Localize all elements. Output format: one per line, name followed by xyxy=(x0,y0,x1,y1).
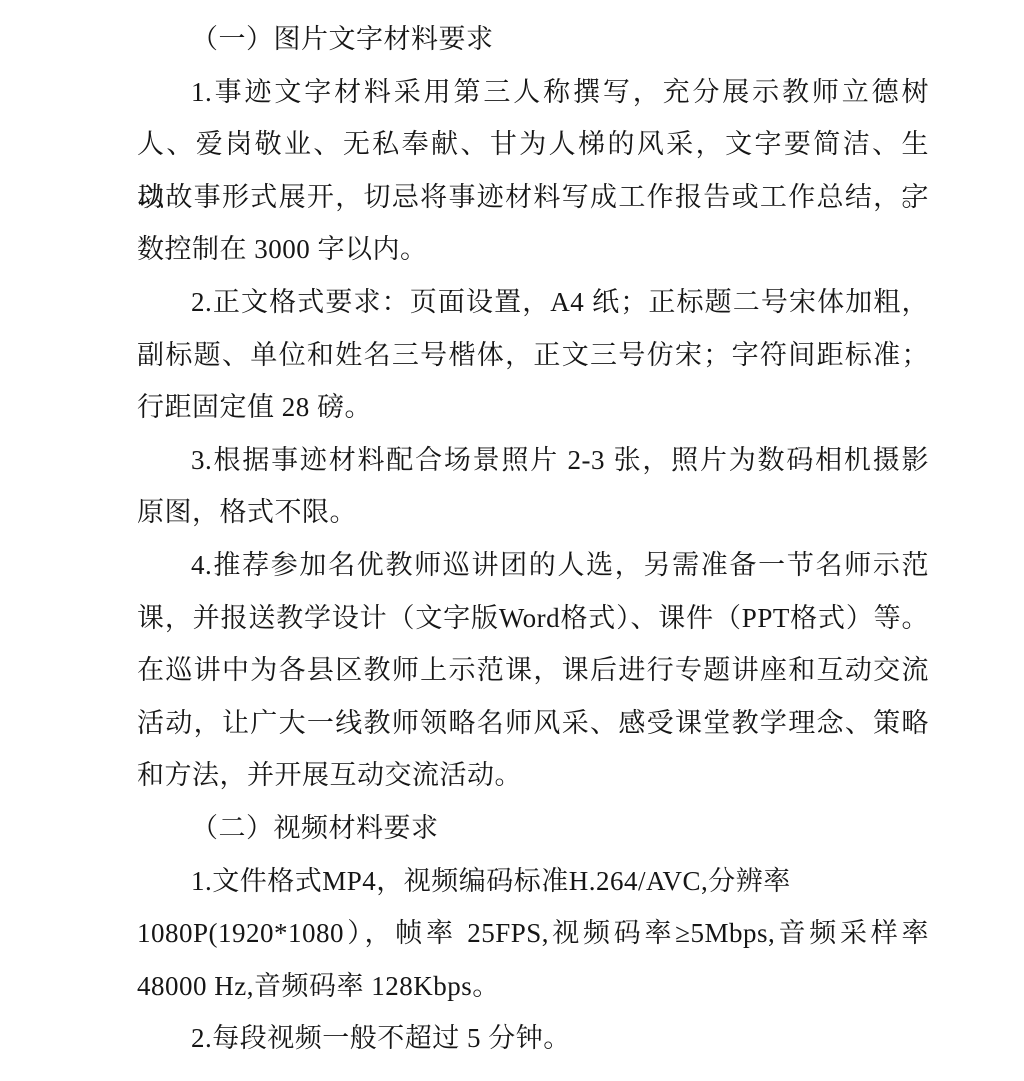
text-line: 1.文件格式MP4，视频编码标准H.264/AVC,分辨率 xyxy=(137,855,929,908)
text-line: 数控制在 3000 字以内。 xyxy=(137,223,929,276)
text-line: 在巡讲中为各县区教师上示范课，课后进行专题讲座和互动交流 xyxy=(137,644,929,697)
text-line: 和方法，并开展互动交流活动。 xyxy=(137,749,929,802)
text-line: 活动，让广大一线教师领略名师风采、感受课堂教学理念、策略 xyxy=(137,697,929,750)
section-heading: （二）视频材料要求 xyxy=(137,802,929,855)
text-line: 行距固定值 28 磅。 xyxy=(137,381,929,434)
text-line: 2.正文格式要求：页面设置，A4 纸；正标题二号宋体加粗， xyxy=(137,276,929,329)
text-line: 4.推荐参加名优教师巡讲团的人选，另需准备一节名师示范 xyxy=(137,539,929,592)
text-line: 3.根据事迹材料配合场景照片 2-3 张，照片为数码相机摄影 xyxy=(137,434,929,487)
document-body: （一）图片文字材料要求 1.事迹文字材料采用第三人称撰写，充分展示教师立德树 人… xyxy=(137,13,929,1065)
text-line: 课，并报送教学设计（文字版Word格式）、课件（PPT格式）等。 xyxy=(137,592,929,645)
text-line: 1.事迹文字材料采用第三人称撰写，充分展示教师立德树 xyxy=(137,66,929,119)
document-page: （一）图片文字材料要求 1.事迹文字材料采用第三人称撰写，充分展示教师立德树 人… xyxy=(0,0,1024,1081)
text-line: 人、爱岗敬业、无私奉献、甘为人梯的风采，文字要简洁、生动。 xyxy=(137,118,929,171)
text-line: 2.每段视频一般不超过 5 分钟。 xyxy=(137,1012,929,1065)
text-line: 1080P(1920*1080），帧率 25FPS,视频码率≥5Mbps,音频采… xyxy=(137,907,929,960)
text-line: 副标题、单位和姓名三号楷体，正文三号仿宋；字符间距标准； xyxy=(137,329,929,382)
text-line: 原图，格式不限。 xyxy=(137,486,929,539)
text-line: 48000 Hz,音频码率 128Kbps。 xyxy=(137,960,929,1013)
text-line: 以故事形式展开，切忌将事迹材料写成工作报告或工作总结，字 xyxy=(137,171,929,224)
section-heading: （一）图片文字材料要求 xyxy=(137,13,929,66)
